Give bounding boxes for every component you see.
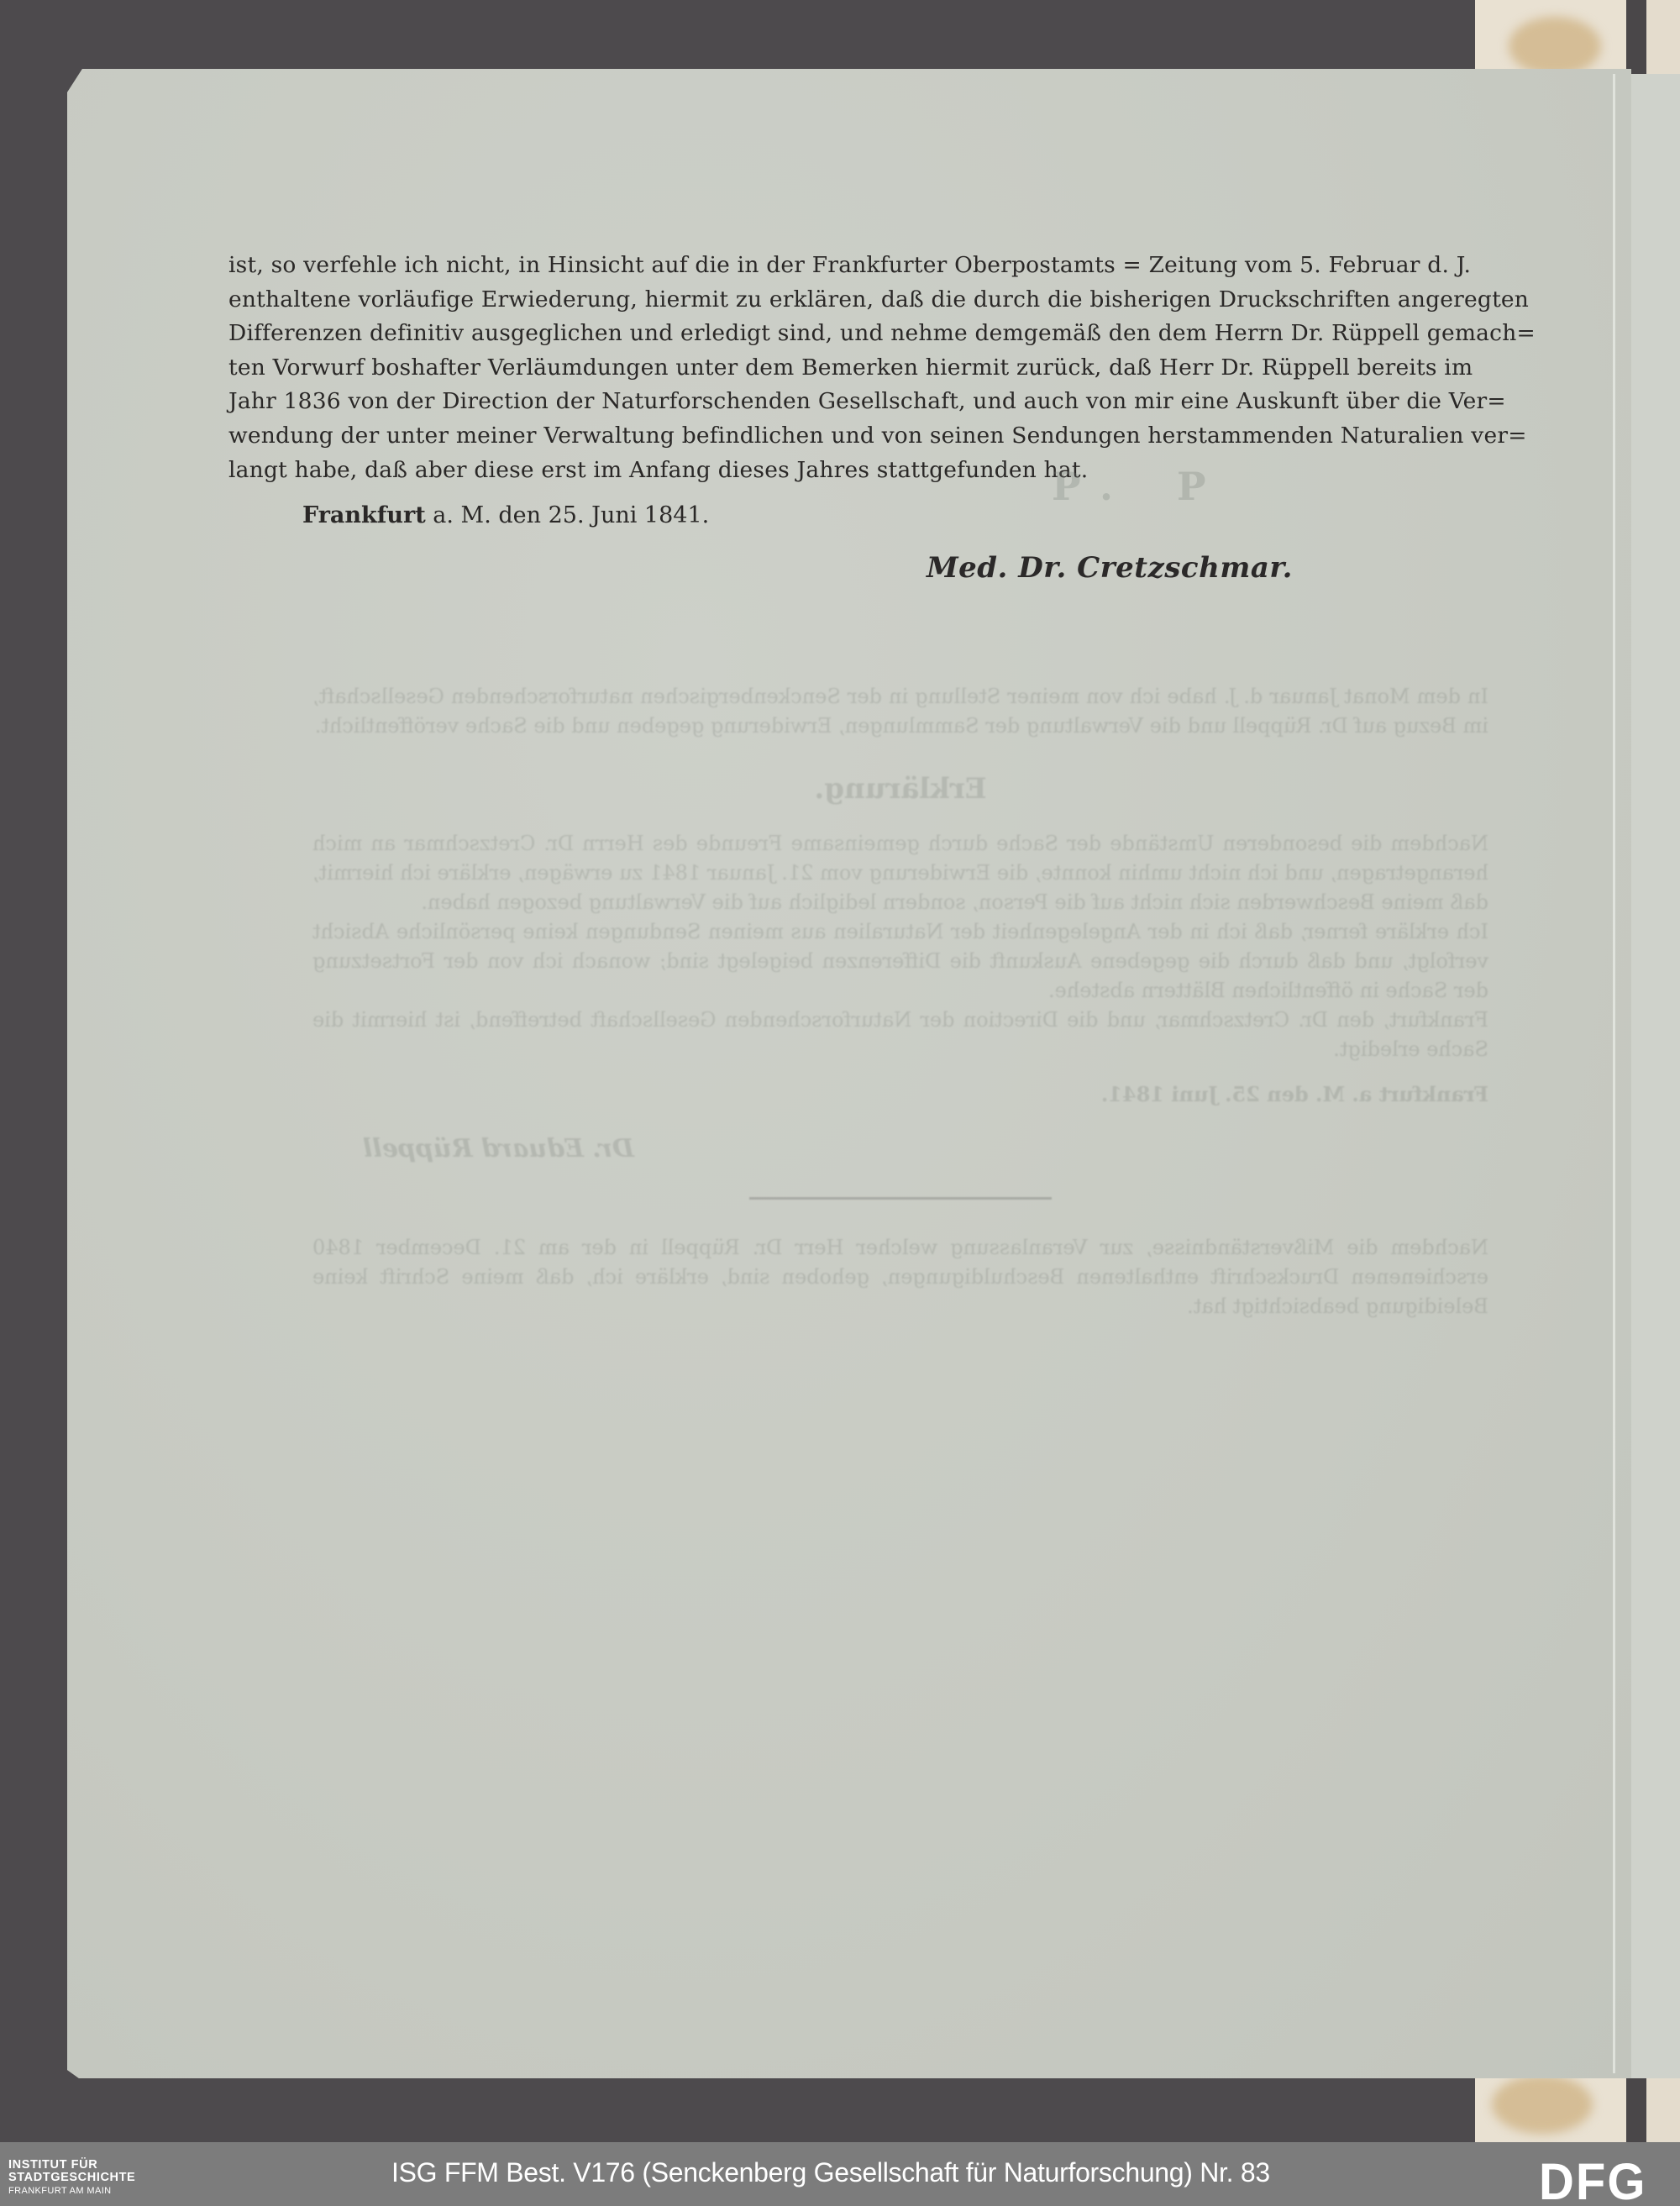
dfg-logo[interactable]: DFG bbox=[1539, 2160, 1646, 2206]
body-line: enthaltene vorläufige Erwiederung, hierm… bbox=[228, 283, 1371, 318]
date-place: Frankfurt bbox=[302, 502, 426, 528]
institute-name-line1: INSTITUT FÜR bbox=[8, 2159, 135, 2172]
bleed-paragraph: Frankfurt, den Dr. Cretzschmar, und die … bbox=[312, 1006, 1488, 1064]
reverse-side-show-through: In dem Monat Januar d. J. habe ich von m… bbox=[312, 682, 1488, 1321]
institute-logo[interactable]: INSTITUT FÜR STADTGESCHICHTE FRANKFURT A… bbox=[8, 2159, 135, 2198]
institute-location: FRANKFURT AM MAIN bbox=[8, 2185, 135, 2198]
institute-name-line2: STADTGESCHICHTE bbox=[8, 2172, 135, 2184]
body-line: Differenzen definitiv ausgeglichen und e… bbox=[228, 317, 1371, 351]
stamp-show-through: P. P bbox=[1052, 464, 1231, 509]
bleed-heading: Erklärung. bbox=[312, 775, 1488, 804]
body-line: ist, so verfehle ich nicht, in Hinsicht … bbox=[228, 249, 1371, 283]
bleed-divider bbox=[749, 1197, 1052, 1200]
signature: Med. Dr. Cretzschmar. bbox=[927, 551, 1293, 585]
footer-bar: INSTITUT FÜR STADTGESCHICHTE FRANKFURT A… bbox=[0, 2142, 1680, 2206]
body-line: Jahr 1836 von der Direction der Naturfor… bbox=[228, 385, 1371, 419]
bleed-intro: In dem Monat Januar d. J. habe ich von m… bbox=[312, 682, 1488, 741]
page-fold-crease bbox=[1613, 74, 1615, 2073]
bleed-date: Frankfurt a. M. den 25. Juni 1841. bbox=[312, 1079, 1488, 1109]
bleed-paragraph: Nachdem die besonderen Umstände der Sach… bbox=[312, 829, 1488, 917]
body-line: wendung der unter meiner Verwaltung befi… bbox=[228, 419, 1371, 454]
date-line: Frankfurt a. M. den 25. Juni 1841. bbox=[302, 502, 709, 528]
bleed-signature: Dr. Eduard Rüppell bbox=[363, 1134, 1488, 1163]
bleed-paragraph: Ich erkläre ferner, daß ich in der Angel… bbox=[312, 917, 1488, 1006]
body-line: ten Vorwurf boshafter Verläumdungen unte… bbox=[228, 351, 1371, 386]
shelfmark-label: ISG FFM Best. V176 (Senckenberg Gesellsc… bbox=[391, 2157, 1270, 2188]
date-text: a. M. den 25. Juni 1841. bbox=[426, 502, 710, 528]
body-text: ist, so verfehle ich nicht, in Hinsicht … bbox=[228, 249, 1371, 487]
bleed-closing: Nachdem die Mißverständnisse, zur Veranl… bbox=[312, 1233, 1488, 1321]
